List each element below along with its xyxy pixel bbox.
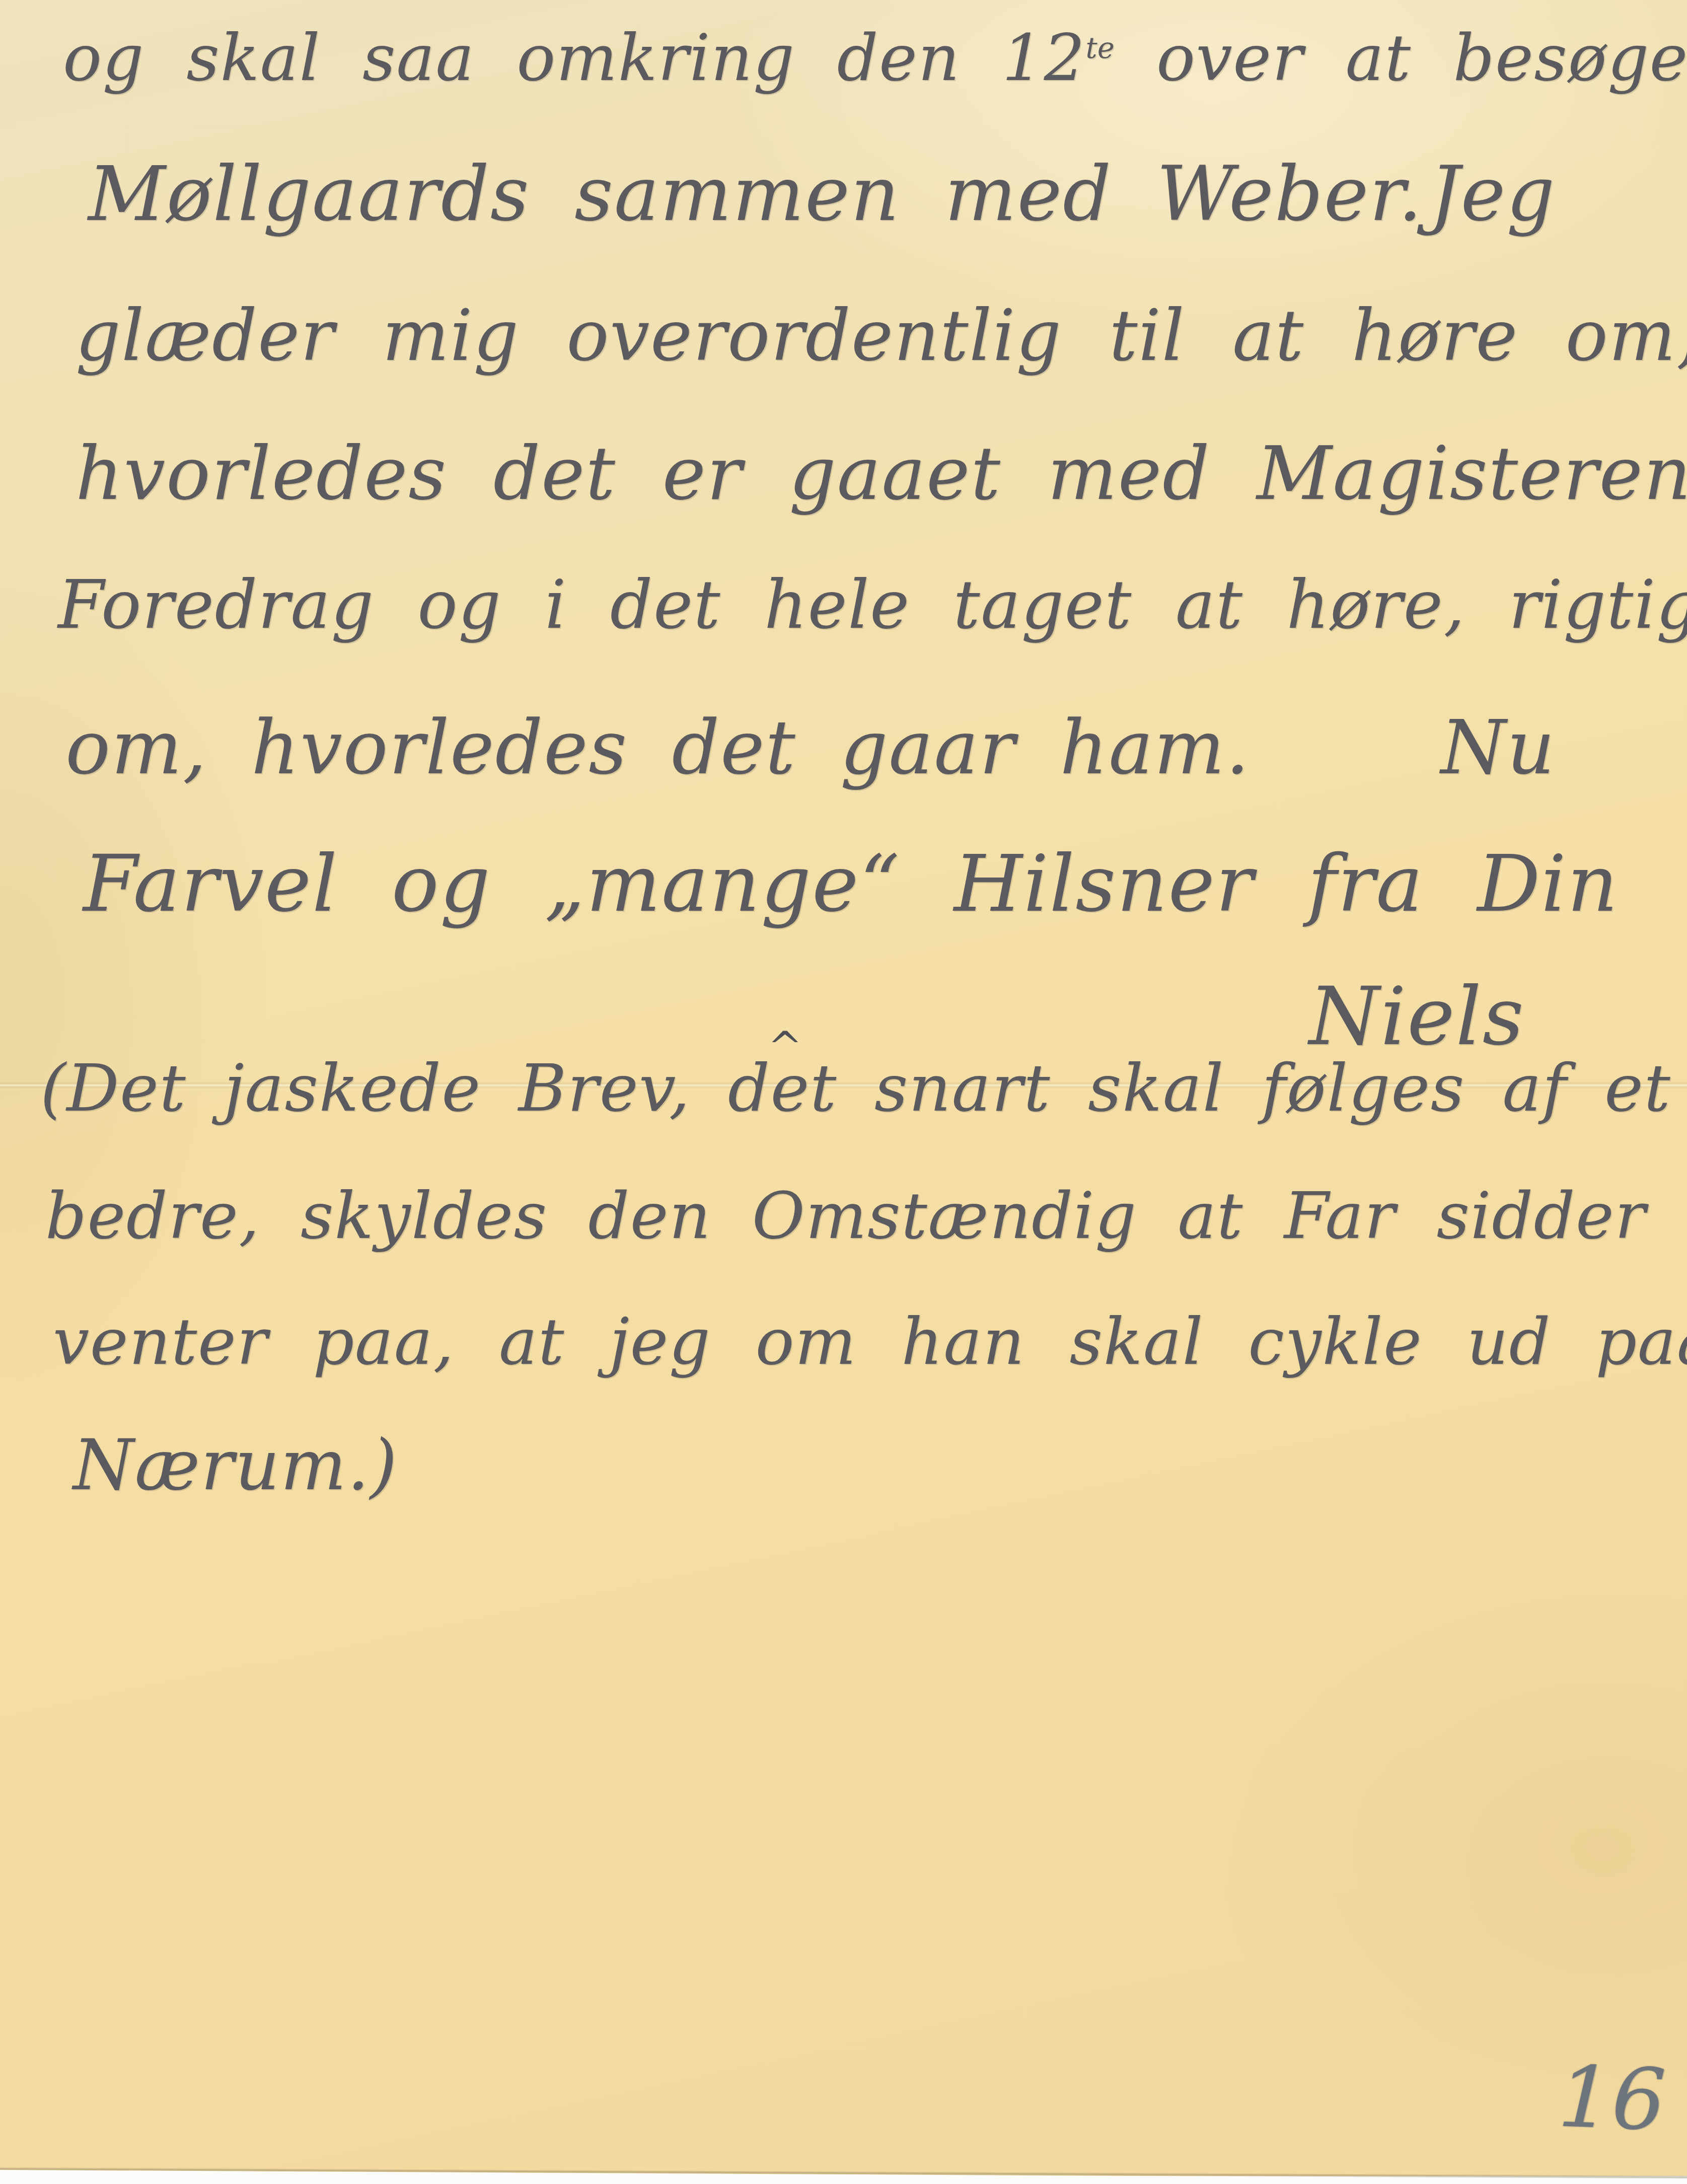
line-1-text-cont: over at besøge <box>1115 21 1687 96</box>
letter-line-12: Nærum.) <box>73 1425 398 1507</box>
letter-line-1: og skal saa omkring den 12te over at bes… <box>63 20 1687 96</box>
letter-line-4: hvorledes det er gaaet med Magisterens <box>76 430 1687 517</box>
page-number: 16 <box>1557 2047 1667 2149</box>
letter-line-11: venter paa, at jeg om han skal cykle ud … <box>53 1304 1687 1380</box>
letter-line-5: Foredrag og i det hele taget at høre, ri… <box>58 566 1687 645</box>
letter-line-10: bedre, skyldes den Omstændig at Far sidd… <box>45 1178 1687 1254</box>
letter-line-7: Farvel og „mange“ Hilsner fra Din <box>83 837 1619 930</box>
insertion-caret-mark: ^ <box>768 1024 803 1072</box>
letter-paper: og skal saa omkring den 12te over at bes… <box>0 0 1687 2176</box>
letter-scan: og skal saa omkring den 12te over at bes… <box>0 0 1687 2184</box>
line-6-right: Nu <box>1441 704 1556 792</box>
letter-line-9: (Det jaskede Brev, det snart skal følges… <box>40 1050 1671 1127</box>
line-2-right: Jeg <box>1430 150 1556 239</box>
letter-line-6: om, hvorledes det gaar ham. Nu <box>65 704 1556 792</box>
line-9-text-cont: snart skal følges af et <box>837 1050 1671 1126</box>
letter-line-3: glæder mig overordentlig til at høre om, <box>76 295 1687 378</box>
line-1-text: og skal saa omkring den 12 <box>63 21 1086 96</box>
letter-line-2: Møllgaards sammen med Weber. Jeg <box>88 150 1556 239</box>
line-2-left: Møllgaards sammen med Weber. <box>88 150 1423 239</box>
ordinal-superscript: te <box>1086 31 1115 65</box>
line-6-left: om, hvorledes det gaar ham. <box>65 704 1250 792</box>
line-9-text: (Det jaskede Brev, det <box>40 1050 837 1126</box>
